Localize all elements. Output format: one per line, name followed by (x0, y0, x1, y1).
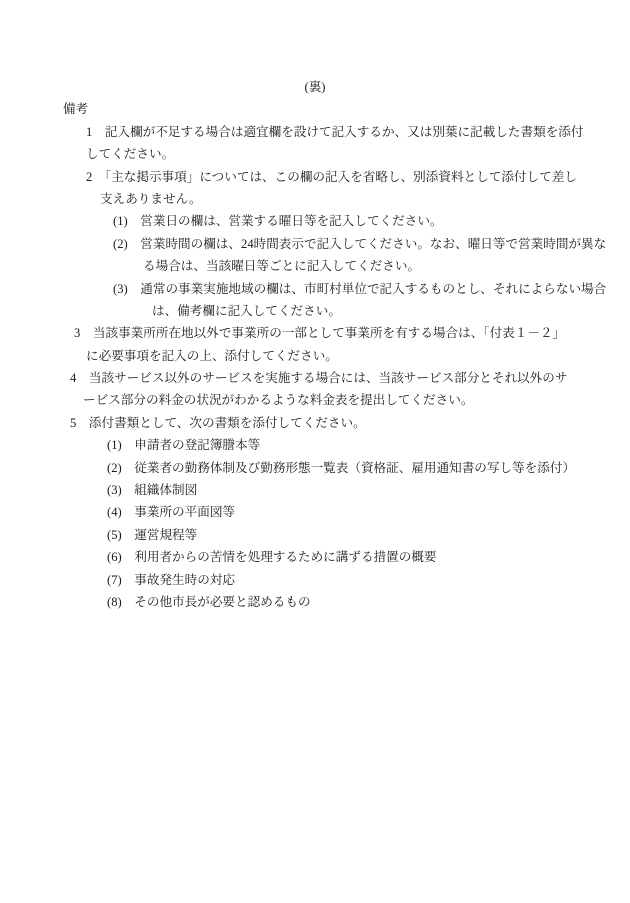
note-line-2-sub2-cont: る場合は、当該曜日等ごとに記入してください。 (143, 255, 630, 277)
note-line-4-cont: ービス部分の料金の状況がわかるような料金表を提出してください。 (83, 389, 630, 411)
note-line-5-sub4: (4) 事業所の平面図等 (107, 501, 630, 523)
note-line-1-cont: してください。 (86, 143, 630, 165)
note-line-5-sub8: (8) その他市長が必要と認めるもの (107, 591, 630, 613)
note-line-5-sub3: (3) 組織体制図 (107, 479, 630, 501)
note-line-2-sub3: (3) 通常の事業実施地域の欄は、市町村単位で記入するものとし、それによらない場… (113, 278, 630, 300)
page-side-label: (裏) (0, 76, 630, 98)
note-line-3-cont: に必要事項を記入の上、添付してください。 (86, 345, 630, 367)
note-line-5-sub2: (2) 従業者の勤務体制及び勤務形態一覧表（資格証、雇用通知書の写し等を添付） (107, 457, 630, 479)
note-line-3: 3 当該事業所所在地以外で事業所の一部として事業所を有する場合は、「付表１－２」 (74, 322, 630, 344)
remarks-heading: 備考 (63, 98, 630, 120)
note-line-2-sub1: (1) 営業日の欄は、営業する曜日等を記入してください。 (113, 210, 630, 232)
note-line-2-sub2: (2) 営業時間の欄は、24時間表示で記入してください。なお、曜日等で営業時間が… (113, 233, 630, 255)
remarks-section: (裏) 備考 1 記入欄が不足する場合は適宜欄を設けて記入するか、又は別葉に記載… (0, 0, 630, 613)
note-line-2-sub3-cont: は、備考欄に記入してください。 (152, 300, 630, 322)
note-line-5-sub6: (6) 利用者からの苦情を処理するために講ずる措置の概要 (107, 546, 630, 568)
document-page: (裏) 備考 1 記入欄が不足する場合は適宜欄を設けて記入するか、又は別葉に記載… (0, 0, 630, 903)
note-line-1: 1 記入欄が不足する場合は適宜欄を設けて記入するか、又は別葉に記載した書類を添付 (86, 121, 630, 143)
note-line-5-sub5: (5) 運営規程等 (107, 524, 630, 546)
note-line-2: 2 「主な掲示事項」については、この欄の記入を省略し、別添資料として添付して差し (86, 166, 630, 188)
note-line-5: 5 添付書類として、次の書類を添付してください。 (70, 412, 630, 434)
note-line-2-cont: 支えありません。 (100, 188, 630, 210)
note-line-4: 4 当該サービス以外のサービスを実施する場合には、当該サービス部分とそれ以外のサ (70, 367, 630, 389)
note-line-5-sub7: (7) 事故発生時の対応 (107, 569, 630, 591)
note-line-5-sub1: (1) 申請者の登記簿謄本等 (107, 434, 630, 456)
